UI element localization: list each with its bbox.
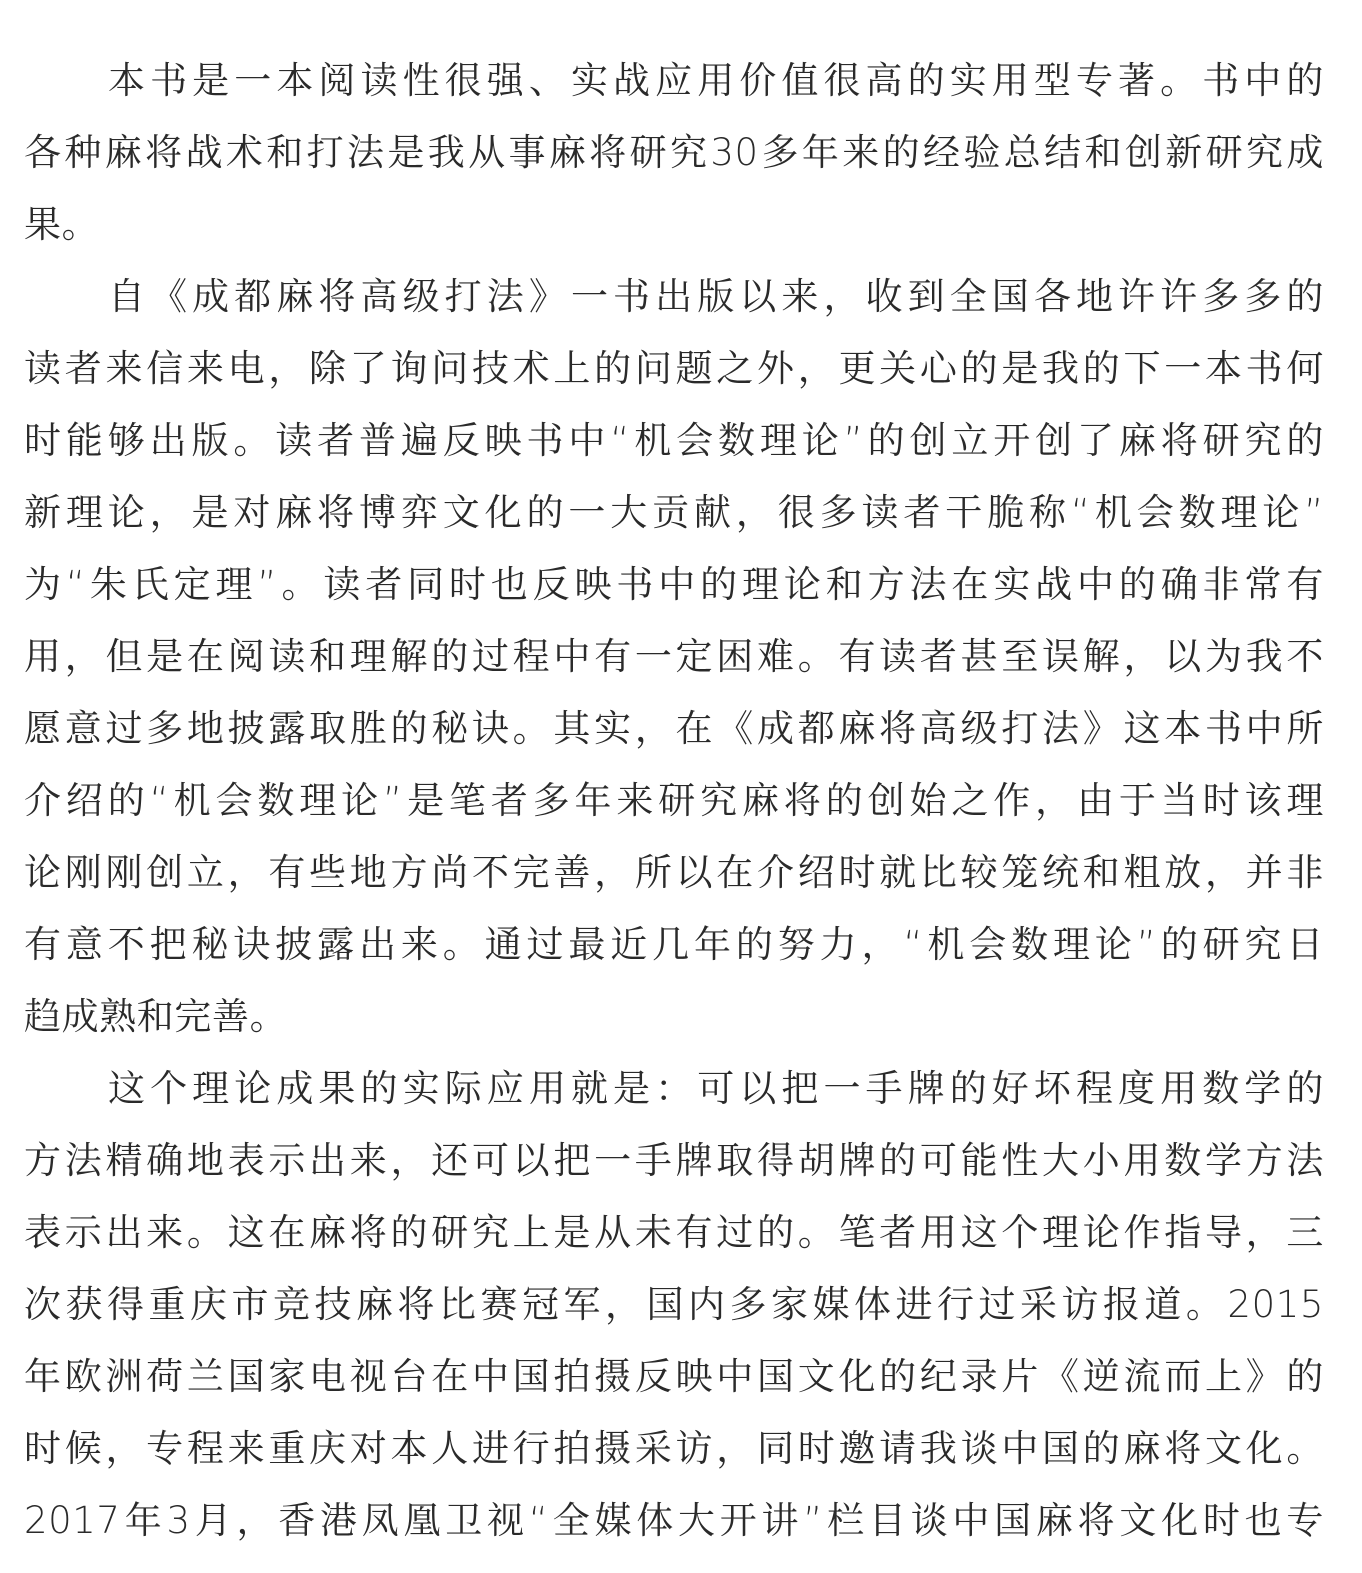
text-line: 新理论，是对麻将博弈文化的一大贡献，很多读者干脆称“机会数理论” [24,482,1324,554]
text-line: 论刚刚创立，有些地方尚不完善，所以在介绍时就比较笼统和粗放，并非 [24,842,1324,914]
text-line: 趋成熟和完善。 [24,986,1324,1058]
text-line: 各种麻将战术和打法是我从事麻将研究30多年来的经验总结和创新研究成 [24,122,1324,194]
text-line: 果。 [24,194,1324,266]
text-line: 有意不把秘诀披露出来。通过最近几年的努力，“机会数理论”的研究日 [24,914,1324,986]
text-line: 介绍的“机会数理论”是笔者多年来研究麻将的创始之作，由于当时该理 [24,770,1324,842]
text-line: 愿意过多地披露取胜的秘诀。其实，在《成都麻将高级打法》这本书中所 [24,698,1324,770]
text-line: 读者来信来电，除了询问技术上的问题之外，更关心的是我的下一本书何 [24,338,1324,410]
text-line: 用，但是在阅读和理解的过程中有一定困难。有读者甚至误解，以为我不 [24,626,1324,698]
text-line: 自《成都麻将高级打法》一书出版以来，收到全国各地许许多多的 [24,266,1324,338]
text-line: 这个理论成果的实际应用就是：可以把一手牌的好坏程度用数学的 [24,1058,1324,1130]
text-line: 为“朱氏定理”。读者同时也反映书中的理论和方法在实战中的确非常有 [24,554,1324,626]
document-page: 本书是一本阅读性很强、实战应用价值很高的实用型专著。书中的 各种麻将战术和打法是… [24,50,1324,1562]
text-line: 本书是一本阅读性很强、实战应用价值很高的实用型专著。书中的 [24,50,1324,122]
paragraph-application: 这个理论成果的实际应用就是：可以把一手牌的好坏程度用数学的 方法精确地表示出来，… [24,1058,1324,1562]
paragraph-intro: 本书是一本阅读性很强、实战应用价值很高的实用型专著。书中的 各种麻将战术和打法是… [24,50,1324,266]
text-line: 2017年3月，香港凤凰卫视“全媒体大开讲”栏目谈中国麻将文化时也专 [24,1490,1324,1562]
text-line: 表示出来。这在麻将的研究上是从未有过的。笔者用这个理论作指导，三 [24,1202,1324,1274]
text-line: 次获得重庆市竞技麻将比赛冠军，国内多家媒体进行过采访报道。2015 [24,1274,1324,1346]
paragraph-reader-feedback: 自《成都麻将高级打法》一书出版以来，收到全国各地许许多多的 读者来信来电，除了询… [24,266,1324,1058]
text-line: 时候，专程来重庆对本人进行拍摄采访，同时邀请我谈中国的麻将文化。 [24,1418,1324,1490]
text-line: 年欧洲荷兰国家电视台在中国拍摄反映中国文化的纪录片《逆流而上》的 [24,1346,1324,1418]
text-line: 方法精确地表示出来，还可以把一手牌取得胡牌的可能性大小用数学方法 [24,1130,1324,1202]
text-line: 时能够出版。读者普遍反映书中“机会数理论”的创立开创了麻将研究的 [24,410,1324,482]
